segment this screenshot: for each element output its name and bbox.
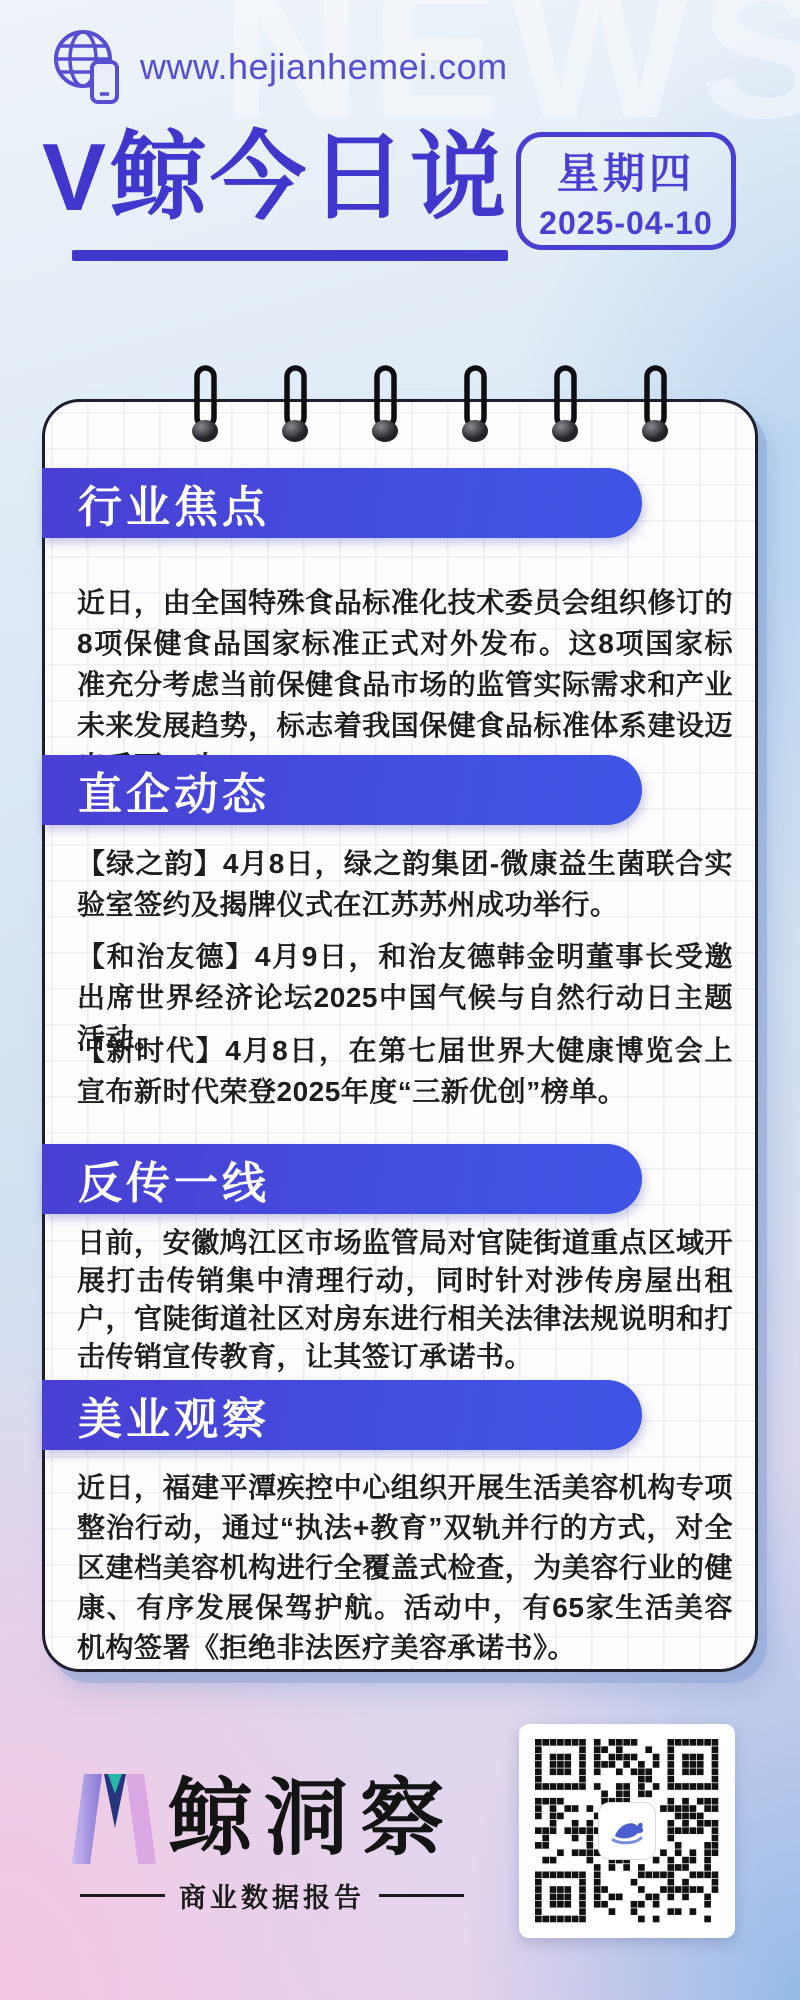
title-underline <box>72 250 508 261</box>
date-label: 2025-04-10 <box>539 205 713 242</box>
section-header-beauty-watch: 美业观察 <box>42 1380 642 1450</box>
site-header: www.hejianhemei.com <box>50 24 508 109</box>
v-logo-mark <box>68 1770 160 1873</box>
weekday-label: 星期四 <box>557 141 695 201</box>
section-heading: 直企动态 <box>78 758 270 822</box>
date-badge: 星期四 2025-04-10 <box>516 132 736 250</box>
tagline-rule-left <box>80 1894 165 1897</box>
section-header-anti-pyramid: 反传一线 <box>42 1144 642 1214</box>
page-title: V鲸今日说 <box>42 128 510 228</box>
globe-phone-icon <box>50 24 124 109</box>
binder-ring <box>368 365 402 447</box>
binder-ring <box>188 365 222 447</box>
footer-brand: 鲸洞察 <box>68 1770 456 1873</box>
qr-card <box>519 1724 735 1938</box>
news-paragraph: 【新时代】4月8日，在第七届世界大健康博览会上宣布新时代荣登2025年度“三新优… <box>77 1030 733 1112</box>
binder-ring <box>458 365 492 447</box>
tagline-rule-right <box>379 1894 464 1897</box>
section-heading: 美业观察 <box>78 1383 270 1447</box>
section-header-company-news: 直企动态 <box>42 755 642 825</box>
news-paragraph: 近日，福建平潭疾控中心组织开展生活美容机构专项整治行动，通过“执法+教育”双轨并… <box>77 1468 733 1668</box>
section-header-industry-focus: 行业焦点 <box>42 468 642 538</box>
notebook-card: 行业焦点 近日，由全国特殊食品标准化技术委员会组织修订的8项保健食品国家标准正式… <box>42 399 758 1672</box>
binder-ring <box>638 365 672 447</box>
section-heading: 反传一线 <box>78 1147 270 1211</box>
binder-ring <box>278 365 312 447</box>
footer-tagline: 商业数据报告 <box>80 1876 464 1915</box>
qr-code <box>535 1739 719 1923</box>
brand-name: 鲸洞察 <box>168 1770 456 1866</box>
news-paragraph: 日前，安徽鸠江区市场监管局对官陡街道重点区域开展打击传销集中清理行动，同时针对涉… <box>77 1224 733 1376</box>
website-url: www.hejianhemei.com <box>140 46 508 88</box>
news-paragraph: 【绿之韵】4月8日，绿之韵集团-微康益生菌联合实验室签约及揭牌仪式在江苏苏州成功… <box>77 843 733 925</box>
news-poster: NEWS www.hejianhemei.com V鲸今日说 星期四 2025-… <box>0 0 800 2000</box>
tagline-text: 商业数据报告 <box>179 1876 365 1915</box>
binder-ring <box>548 365 582 447</box>
whale-logo-icon <box>598 1802 656 1860</box>
section-heading: 行业焦点 <box>78 471 270 535</box>
